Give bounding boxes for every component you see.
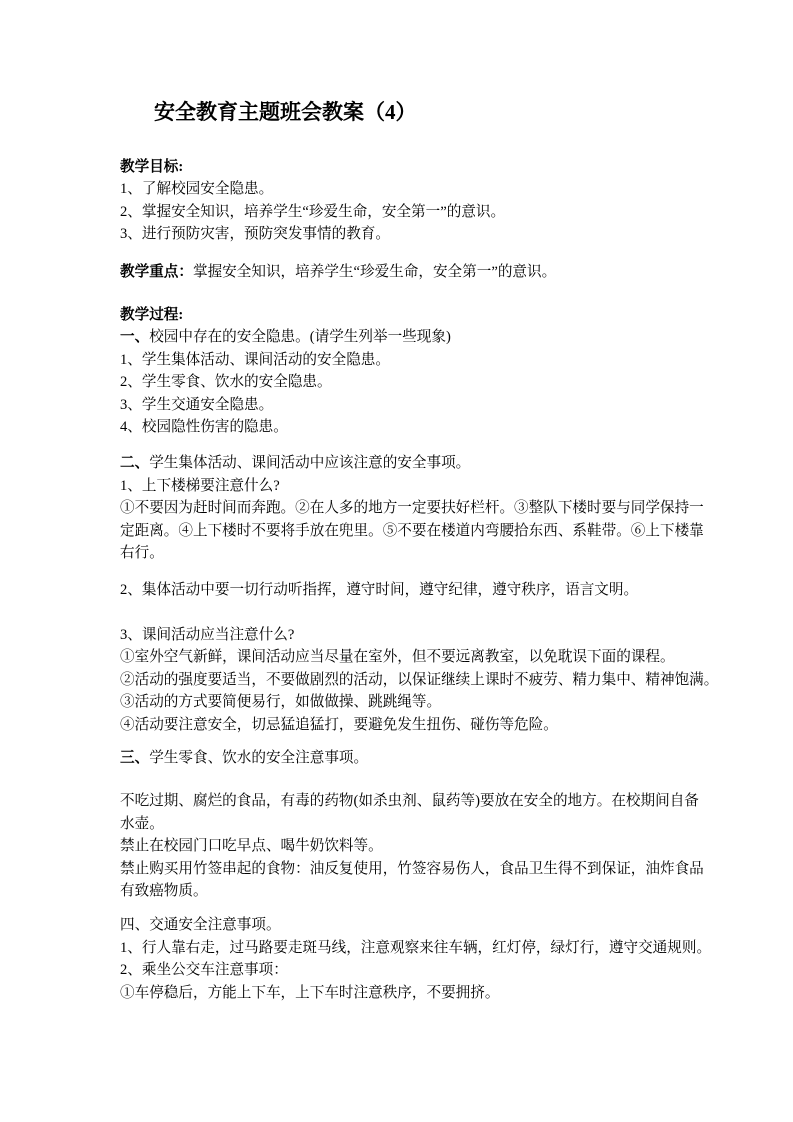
text-line: ①室外空气新鲜，课间活动应当尽量在室外，但不要远离教室，以免耽误下面的课程。: [120, 646, 720, 668]
text-line: 禁止购买用竹签串起的食物：油反复使用，竹签容易伤人，食品卫生得不到保证，油炸食品: [120, 858, 720, 880]
text-line: ①不要因为赶时间而奔跑。②在人多的地方一定要扶好栏杆。③整队下楼时要与同学保持一: [120, 497, 720, 519]
text-line: 四、交通安全注意事项。: [120, 914, 720, 936]
block-recess-activity-notes: 3、课间活动应当注意什么?①室外空气新鲜，课间活动应当尽量在室外，但不要远离教室…: [120, 624, 720, 736]
text-line: 2、学生零食、饮水的安全隐患。: [120, 371, 720, 393]
text-line: 一、校园中存在的安全隐患。(请学生列举一些现象): [120, 326, 720, 348]
text-line: 3、进行预防灾害，预防突发事情的教育。: [120, 223, 720, 245]
block-section-two-collective-activity: 二、学生集体活动、课间活动中应该注意的安全事项。1、上下楼梯要注意什么?①不要因…: [120, 452, 720, 564]
block-teaching-goals: 教学目标:1、了解校园安全隐患。2、掌握安全知识，培养学生“珍爱生命，安全第一”…: [120, 156, 720, 246]
block-teaching-process: 教学过程:一、校园中存在的安全隐患。(请学生列举一些现象)1、学生集体活动、课间…: [120, 304, 720, 438]
text-line: 有致癌物质。: [120, 880, 720, 902]
text-line: 禁止在校园门口吃早点、喝牛奶饮料等。: [120, 835, 720, 857]
block-section-four-traffic-safety: 四、交通安全注意事项。1、行人靠右走，过马路要走斑马线，注意观察来往车辆，红灯停…: [120, 914, 720, 1004]
text-line: 定距离。④上下楼时不要将手放在兜里。⑤不要在楼道内弯腰拾东西、系鞋带。⑥上下楼靠: [120, 520, 720, 542]
block-section-three-snacks-water: 三、学生零食、饮水的安全注意事项。: [120, 747, 720, 769]
document-body: 安全教育主题班会教案（4） 教学目标:1、了解校园安全隐患。2、掌握安全知识，培…: [120, 0, 720, 1004]
document-page: 安全教育主题班会教案（4） 教学目标:1、了解校园安全隐患。2、掌握安全知识，培…: [0, 0, 793, 1122]
text-line: 教学重点：掌握安全知识，培养学生“珍爱生命，安全第一”的意识。: [120, 261, 720, 283]
text-line: 2、集体活动中要一切行动听指挥，遵守时间，遵守纪律，遵守秩序，语言文明。: [120, 579, 720, 601]
text-line: 水壶。: [120, 813, 720, 835]
text-line: ④活动要注意安全，切忌猛追猛打，要避免发生扭伤、碰伤等危险。: [120, 714, 720, 736]
text-line: 3、课间活动应当注意什么?: [120, 624, 720, 646]
document-title: 安全教育主题班会教案（4）: [154, 99, 720, 126]
text-line: 2、掌握安全知识，培养学生“珍爱生命，安全第一”的意识。: [120, 201, 720, 223]
text-line: 右行。: [120, 542, 720, 564]
text-line: ③活动的方式要简便易行，如做做操、跳跳绳等。: [120, 691, 720, 713]
text-line: 1、行人靠右走，过马路要走斑马线，注意观察来往车辆，红灯停，绿灯行，遵守交通规则…: [120, 937, 720, 959]
text-line: 1、了解校园安全隐患。: [120, 178, 720, 200]
block-collective-activity-discipline: 2、集体活动中要一切行动听指挥，遵守时间，遵守纪律，遵守秩序，语言文明。: [120, 579, 720, 601]
text-line: 三、学生零食、饮水的安全注意事项。: [120, 747, 720, 769]
text-line: 1、学生集体活动、课间活动的安全隐患。: [120, 349, 720, 371]
text-line: 3、学生交通安全隐患。: [120, 394, 720, 416]
text-line: 1、上下楼梯要注意什么?: [120, 475, 720, 497]
text-line: ②活动的强度要适当，不要做剧烈的活动，以保证继续上课时不疲劳、精力集中、精神饱满…: [120, 669, 720, 691]
text-line: 2、乘坐公交车注意事项：: [120, 959, 720, 981]
block-food-safety-details: 不吃过期、腐烂的食品，有毒的药物(如杀虫剂、鼠药等)要放在安全的地方。在校期间自…: [120, 790, 720, 902]
block-teaching-focus: 教学重点：掌握安全知识，培养学生“珍爱生命，安全第一”的意识。: [120, 261, 720, 283]
text-line: 二、学生集体活动、课间活动中应该注意的安全事项。: [120, 452, 720, 474]
text-line: 教学过程:: [120, 304, 720, 326]
text-line: 4、校园隐性伤害的隐患。: [120, 416, 720, 438]
text-line: 不吃过期、腐烂的食品，有毒的药物(如杀虫剂、鼠药等)要放在安全的地方。在校期间自…: [120, 790, 720, 812]
text-line: 教学目标:: [120, 156, 720, 178]
text-line: ①车停稳后，方能上下车，上下车时注意秩序，不要拥挤。: [120, 982, 720, 1004]
